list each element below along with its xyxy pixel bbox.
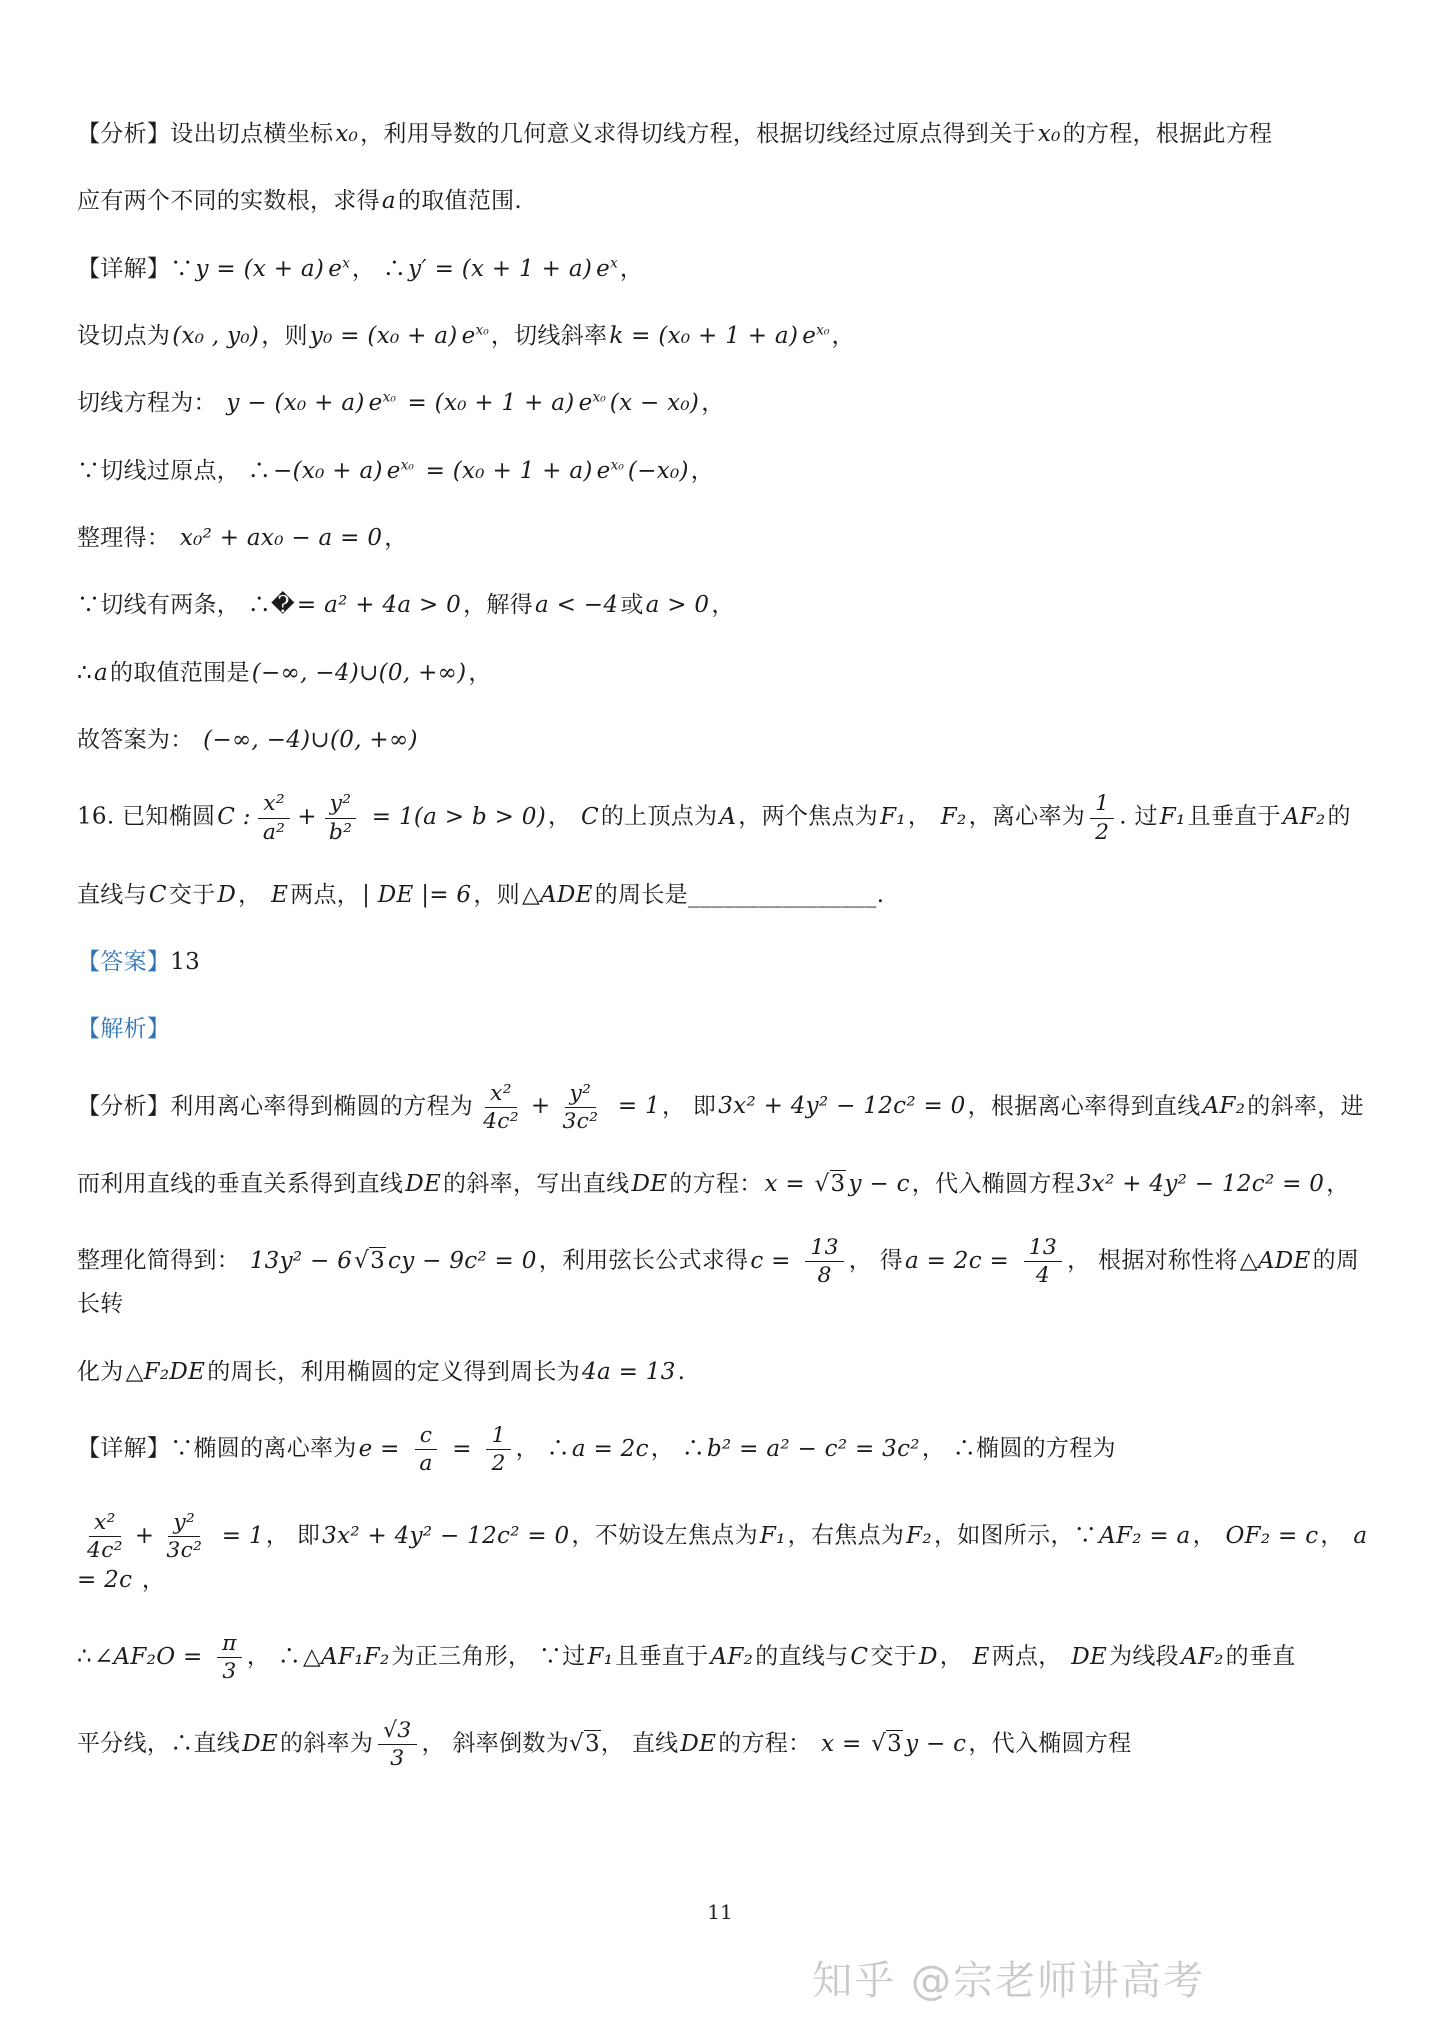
math-text: △ADE xyxy=(1238,1248,1313,1274)
math-text: (−x₀) xyxy=(626,458,691,484)
body-text: 16. 已知椭圆 xyxy=(77,804,215,830)
body-text: 故答案为： xyxy=(77,727,201,753)
body-text: ， xyxy=(691,458,714,484)
text-line: 应有两个不同的实数根，求得a的取值范围. xyxy=(77,185,1372,218)
body-text: ， xyxy=(238,882,269,908)
body-text: 两点， xyxy=(290,882,360,908)
math-text: a = 2c = xyxy=(903,1248,1019,1274)
body-text: ，根据离心率得到直线 xyxy=(968,1093,1201,1119)
text-line: x²4c²+y²3c² = 1， 即3x² + 4y² − 12c² = 0，不… xyxy=(77,1510,1372,1597)
body-text: 平分线，∴直线 xyxy=(77,1731,240,1757)
document-lines: 【分析】设出切点横坐标x₀，利用导数的几何意义求得切线方程，根据切线经过原点得到… xyxy=(0,0,1440,1771)
text-line: 切线方程为： y − (x₀ + a)ex₀ = (x₀ + 1 + a)ex₀… xyxy=(77,387,1372,420)
math-text: ex₀ xyxy=(577,390,608,416)
math-text: e = xyxy=(357,1436,410,1462)
math-text: a < −4 xyxy=(533,592,620,618)
body-text: ， xyxy=(384,525,407,551)
math-text: cy − 9c² = 0 xyxy=(386,1248,539,1274)
body-text: 的直线与 xyxy=(755,1644,848,1670)
body-text: 的方程，根据此方程 xyxy=(1063,121,1273,147)
body-text: ，如图所示，∵ xyxy=(934,1523,1097,1549)
body-text: ，代入椭圆方程 xyxy=(912,1171,1075,1197)
math-text: F₂ xyxy=(939,804,969,830)
math-text: = 1(a > b > 0) xyxy=(362,804,548,830)
body-text: ， xyxy=(701,390,724,416)
body-text: 切线方程为： xyxy=(77,390,224,416)
body-text: . xyxy=(678,1359,686,1385)
math-sqrt: √3 xyxy=(569,1730,601,1757)
math-text: F₂ xyxy=(904,1523,934,1549)
body-text: 交于 xyxy=(169,882,216,908)
section-label: 【解析】 xyxy=(77,1016,170,1042)
math-text: = a² + 4a > 0 xyxy=(295,592,463,618)
math-text: = 1 xyxy=(212,1523,266,1549)
body-text: 的取值范围. xyxy=(398,188,522,214)
math-text: −(x₀ + a) xyxy=(271,458,385,484)
body-text: ， xyxy=(1326,1171,1349,1197)
body-text: 化为 xyxy=(77,1359,124,1385)
body-text: ，利用弦长公式求得 xyxy=(539,1248,749,1274)
text-line: 整理化简得到： 13y² − 6√3cy − 9c² = 0，利用弦长公式求得c… xyxy=(77,1235,1372,1322)
body-text: . 过 xyxy=(1119,804,1158,830)
math-text: x₀ xyxy=(333,121,360,147)
body-text: 的斜率为 xyxy=(280,1731,373,1757)
math-text: AF₂ xyxy=(709,1644,756,1670)
math-text: ex₀ xyxy=(385,458,416,484)
body-text: ∴ xyxy=(77,660,92,686)
math-fraction: x²4c² xyxy=(82,1510,128,1563)
math-text: DE xyxy=(403,1171,443,1197)
math-text: AF₂ = a xyxy=(1097,1523,1193,1549)
body-text: ，切线斜率 xyxy=(491,323,608,349)
body-text: ， xyxy=(711,592,734,618)
math-text: ex xyxy=(594,256,620,282)
math-text: = (x₀ + 1 + a) xyxy=(416,458,595,484)
body-text: ， xyxy=(468,660,491,686)
math-text: E xyxy=(269,882,290,908)
math-fraction: √33 xyxy=(378,1718,416,1771)
math-text: F₁ xyxy=(878,804,908,830)
body-text: ，右焦点为 xyxy=(788,1523,905,1549)
body-text: 的斜率，写出直线 xyxy=(443,1171,629,1197)
math-text: + xyxy=(529,1093,553,1119)
math-text: D xyxy=(917,1644,940,1670)
math-text: y − c xyxy=(846,1171,911,1197)
math-text: c = xyxy=(748,1248,800,1274)
body-text: ，解得 xyxy=(463,592,533,618)
math-text: C xyxy=(848,1644,870,1670)
math-text: y = (x + a) xyxy=(194,256,327,282)
math-text: OF₂ = c xyxy=(1223,1523,1320,1549)
math-text: y₀ = (x₀ + a) xyxy=(308,323,460,349)
body-text: 或 xyxy=(620,592,643,618)
text-line: 【解析】 xyxy=(77,1013,1372,1046)
math-text: x = xyxy=(763,1171,815,1197)
body-text: ， ∴椭圆的方程为 xyxy=(922,1436,1116,1462)
math-solution-page: 【分析】设出切点横坐标x₀，利用导数的几何意义求得切线方程，根据切线经过原点得到… xyxy=(0,0,1440,2036)
body-text: 的周长是________________. xyxy=(595,882,885,908)
math-text: + xyxy=(295,804,319,830)
math-text: = 1 xyxy=(608,1093,662,1119)
math-text: x₀² + ax₀ − a = 0 xyxy=(178,525,384,551)
body-text: 【分析】利用离心率得到椭圆的方程为 xyxy=(77,1093,473,1119)
body-text: 而利用直线的垂直关系得到直线 xyxy=(77,1171,403,1197)
math-text: a = 2c xyxy=(570,1436,651,1462)
math-text: DE xyxy=(678,1731,718,1757)
body-text: ，则 xyxy=(473,882,520,908)
body-text: ∵切线过原点， ∴ xyxy=(77,458,271,484)
body-text: ，利用导数的几何意义求得切线方程，根据切线经过原点得到关于 xyxy=(360,121,1036,147)
math-fraction: y²3c² xyxy=(557,1081,603,1134)
body-text: ， ∴ xyxy=(516,1436,570,1462)
math-text: 3x² + 4y² − 12c² = 0 xyxy=(1075,1171,1326,1197)
body-text: ，代入椭圆方程 xyxy=(968,1731,1131,1757)
text-line: 【详解】∵y = (x + a)ex， ∴y′ = (x + 1 + a)ex， xyxy=(77,253,1372,286)
math-text: a xyxy=(92,660,110,686)
text-line: ∴∠AF₂O = π3， ∴△AF₁F₂为正三角形， ∵过F₁且垂直于AF₂的直… xyxy=(77,1631,1372,1684)
body-text: ， 即 xyxy=(266,1523,320,1549)
body-text: ， 得 xyxy=(849,1248,903,1274)
math-text: x = xyxy=(819,1731,871,1757)
body-text: ， xyxy=(1193,1523,1224,1549)
body-text: ， xyxy=(620,256,643,282)
body-text: 整理得： xyxy=(77,525,178,551)
math-text: F₁ xyxy=(1158,804,1188,830)
math-fraction: y²b² xyxy=(324,791,357,844)
body-text: 【分析】设出切点横坐标 xyxy=(77,121,333,147)
math-text: ex₀ xyxy=(367,390,398,416)
math-text: y − c xyxy=(903,1731,968,1757)
text-line: 设切点为(x₀ , y₀)，则y₀ = (x₀ + a)ex₀，切线斜率k = … xyxy=(77,320,1372,353)
math-text: ex xyxy=(326,256,352,282)
body-text: 的取值范围是 xyxy=(110,660,250,686)
text-line: 【答案】13 xyxy=(77,946,1372,979)
body-text: 的斜率，进 xyxy=(1247,1093,1364,1119)
text-line: 故答案为： (−∞, −4)∪(0, +∞) xyxy=(77,724,1372,757)
math-text: △ADE xyxy=(520,882,595,908)
body-text: ， xyxy=(908,804,939,830)
math-text: a xyxy=(380,188,398,214)
body-text: 的方程： xyxy=(718,1731,819,1757)
math-text: AF₂ xyxy=(1201,1093,1248,1119)
math-text: (x₀ , y₀) xyxy=(170,323,261,349)
text-line: ∴a的取值范围是(−∞, −4)∪(0, +∞)， xyxy=(77,657,1372,690)
math-text: y′ = (x + 1 + a) xyxy=(406,256,594,282)
body-text: ， 即 xyxy=(662,1093,716,1119)
math-text: = (x₀ + 1 + a) xyxy=(398,390,577,416)
text-line: 整理得： x₀² + ax₀ − a = 0， xyxy=(77,522,1372,555)
body-text: 的周长，利用椭圆的定义得到周长为 xyxy=(207,1359,580,1385)
math-text: 13y² − 6 xyxy=(248,1248,354,1274)
math-sqrt: √3 xyxy=(354,1247,386,1274)
body-text: ， ∴ xyxy=(352,256,406,282)
math-text: y − (x₀ + a) xyxy=(224,390,366,416)
text-line: 而利用直线的垂直关系得到直线DE的斜率，写出直线DE的方程：x = √3y − … xyxy=(77,1168,1372,1201)
math-text: C : xyxy=(215,804,253,830)
math-text: AF₂ xyxy=(1179,1644,1226,1670)
math-text: △F₂DE xyxy=(124,1359,208,1385)
body-text: ， xyxy=(1320,1523,1351,1549)
math-text: (x − x₀) xyxy=(608,390,701,416)
body-text: ∵切线有两条， ∴ xyxy=(77,592,271,618)
math-text: A xyxy=(717,804,738,830)
math-text: 4a = 13 xyxy=(580,1359,678,1385)
math-text: a > 0 xyxy=(644,592,712,618)
math-text: 3x² + 4y² − 12c² = 0 xyxy=(320,1523,571,1549)
math-text: △AF₁F₂ xyxy=(301,1644,391,1670)
text-line: 16. 已知椭圆C :x²a²+y²b² = 1(a > b > 0)， C的上… xyxy=(77,791,1372,844)
math-text: x₀ xyxy=(1036,121,1063,147)
math-text: + xyxy=(133,1523,157,1549)
section-label: 【答案】 xyxy=(77,949,170,975)
text-line: ∵切线有两条， ∴�= a² + 4a > 0，解得a < −4或a > 0， xyxy=(77,589,1372,622)
page-number: 11 xyxy=(0,1900,1440,1924)
body-text: 13 xyxy=(170,949,200,975)
body-text: 且垂直于 xyxy=(615,1644,708,1670)
body-text: ， xyxy=(134,1567,165,1593)
body-text: 的方程： xyxy=(669,1171,762,1197)
body-text: 设切点为 xyxy=(77,323,170,349)
math-text: ex₀ xyxy=(460,323,491,349)
math-fraction: 12 xyxy=(1090,791,1114,844)
math-fraction: ca xyxy=(414,1423,437,1476)
math-text: | DE |= 6 xyxy=(360,882,473,908)
math-text: D xyxy=(215,882,238,908)
math-fraction: π3 xyxy=(217,1631,242,1684)
math-text: AF₂ xyxy=(1281,804,1328,830)
body-text: 的垂直 xyxy=(1226,1644,1296,1670)
text-line: 【分析】设出切点横坐标x₀，利用导数的几何意义求得切线方程，根据切线经过原点得到… xyxy=(77,118,1372,151)
text-line: 平分线，∴直线DE的斜率为√33， 斜率倒数为√3， 直线DE的方程： x = … xyxy=(77,1718,1372,1771)
text-line: 直线与C交于D， E两点，| DE |= 6，则△ADE的周长是________… xyxy=(77,879,1372,912)
math-fraction: 134 xyxy=(1024,1235,1062,1288)
body-text: 且垂直于 xyxy=(1188,804,1281,830)
body-text: 为线段 xyxy=(1109,1644,1179,1670)
text-line: ∵切线过原点， ∴−(x₀ + a)ex₀ = (x₀ + 1 + a)ex₀(… xyxy=(77,455,1372,488)
math-text: C xyxy=(147,882,169,908)
body-text: ，则 xyxy=(261,323,308,349)
body-text: ，离心率为 xyxy=(969,804,1086,830)
body-text: 的 xyxy=(1327,804,1350,830)
text-line: 化为△F₂DE的周长，利用椭圆的定义得到周长为4a = 13. xyxy=(77,1356,1372,1389)
math-text: ∠AF₂O = xyxy=(92,1644,212,1670)
math-text: F₁ xyxy=(758,1523,788,1549)
math-fraction: x²4c² xyxy=(478,1081,524,1134)
math-text: E xyxy=(971,1644,992,1670)
watermark: 知乎 @宗老师讲高考 xyxy=(812,1949,1205,2006)
math-text: ex₀ xyxy=(800,323,831,349)
math-sqrt: √3 xyxy=(815,1170,847,1197)
body-text: 【详解】∵ xyxy=(77,256,194,282)
body-text: ， xyxy=(831,323,854,349)
math-text: C xyxy=(579,804,601,830)
math-text: (−∞, −4)∪(0, +∞) xyxy=(201,727,420,753)
body-text: 交于 xyxy=(870,1644,917,1670)
text-line: 【分析】利用离心率得到椭圆的方程为x²4c²+y²3c² = 1， 即3x² +… xyxy=(77,1081,1372,1134)
body-text: ， ∴ xyxy=(247,1644,301,1670)
body-text: 整理化简得到： xyxy=(77,1248,248,1274)
body-text: ， 斜率倒数为 xyxy=(422,1731,569,1757)
body-text: 【详解】∵椭圆的离心率为 xyxy=(77,1436,357,1462)
math-text: DE xyxy=(240,1731,280,1757)
math-text: 3x² + 4y² − 12c² = 0 xyxy=(716,1093,967,1119)
body-text: 两点， xyxy=(992,1644,1070,1670)
math-text: F₁ xyxy=(586,1644,616,1670)
text-line: 【详解】∵椭圆的离心率为e = ca = 12， ∴a = 2c， ∴b² = … xyxy=(77,1423,1372,1476)
body-text: ，两个焦点为 xyxy=(738,804,878,830)
body-text: 直线与 xyxy=(77,882,147,908)
math-fraction: y²3c² xyxy=(161,1510,207,1563)
math-text: DE xyxy=(1069,1644,1109,1670)
body-text: � xyxy=(271,592,295,618)
math-sqrt: √3 xyxy=(871,1730,903,1757)
body-text: ∴ xyxy=(77,1644,92,1670)
math-text: ex₀ xyxy=(595,458,626,484)
math-text: k = (x₀ + 1 + a) xyxy=(607,323,800,349)
body-text: ， ∴ xyxy=(651,1436,705,1462)
body-text: ， xyxy=(548,804,579,830)
math-text: b² = a² − c² = 3c² xyxy=(705,1436,922,1462)
math-fraction: 138 xyxy=(805,1235,843,1288)
body-text: ，不妨设左焦点为 xyxy=(571,1523,757,1549)
body-text: 的上顶点为 xyxy=(601,804,718,830)
body-text: 为正三角形， ∵过 xyxy=(392,1644,586,1670)
math-text: = xyxy=(443,1436,482,1462)
math-text: (−∞, −4)∪(0, +∞) xyxy=(250,660,469,686)
math-fraction: 12 xyxy=(486,1423,510,1476)
math-text: DE xyxy=(629,1171,669,1197)
math-fraction: x²a² xyxy=(258,791,290,844)
body-text: ， 根据对称性将 xyxy=(1067,1248,1238,1274)
body-text: 应有两个不同的实数根，求得 xyxy=(77,188,380,214)
body-text: ， 直线 xyxy=(601,1731,679,1757)
body-text: ， xyxy=(940,1644,971,1670)
